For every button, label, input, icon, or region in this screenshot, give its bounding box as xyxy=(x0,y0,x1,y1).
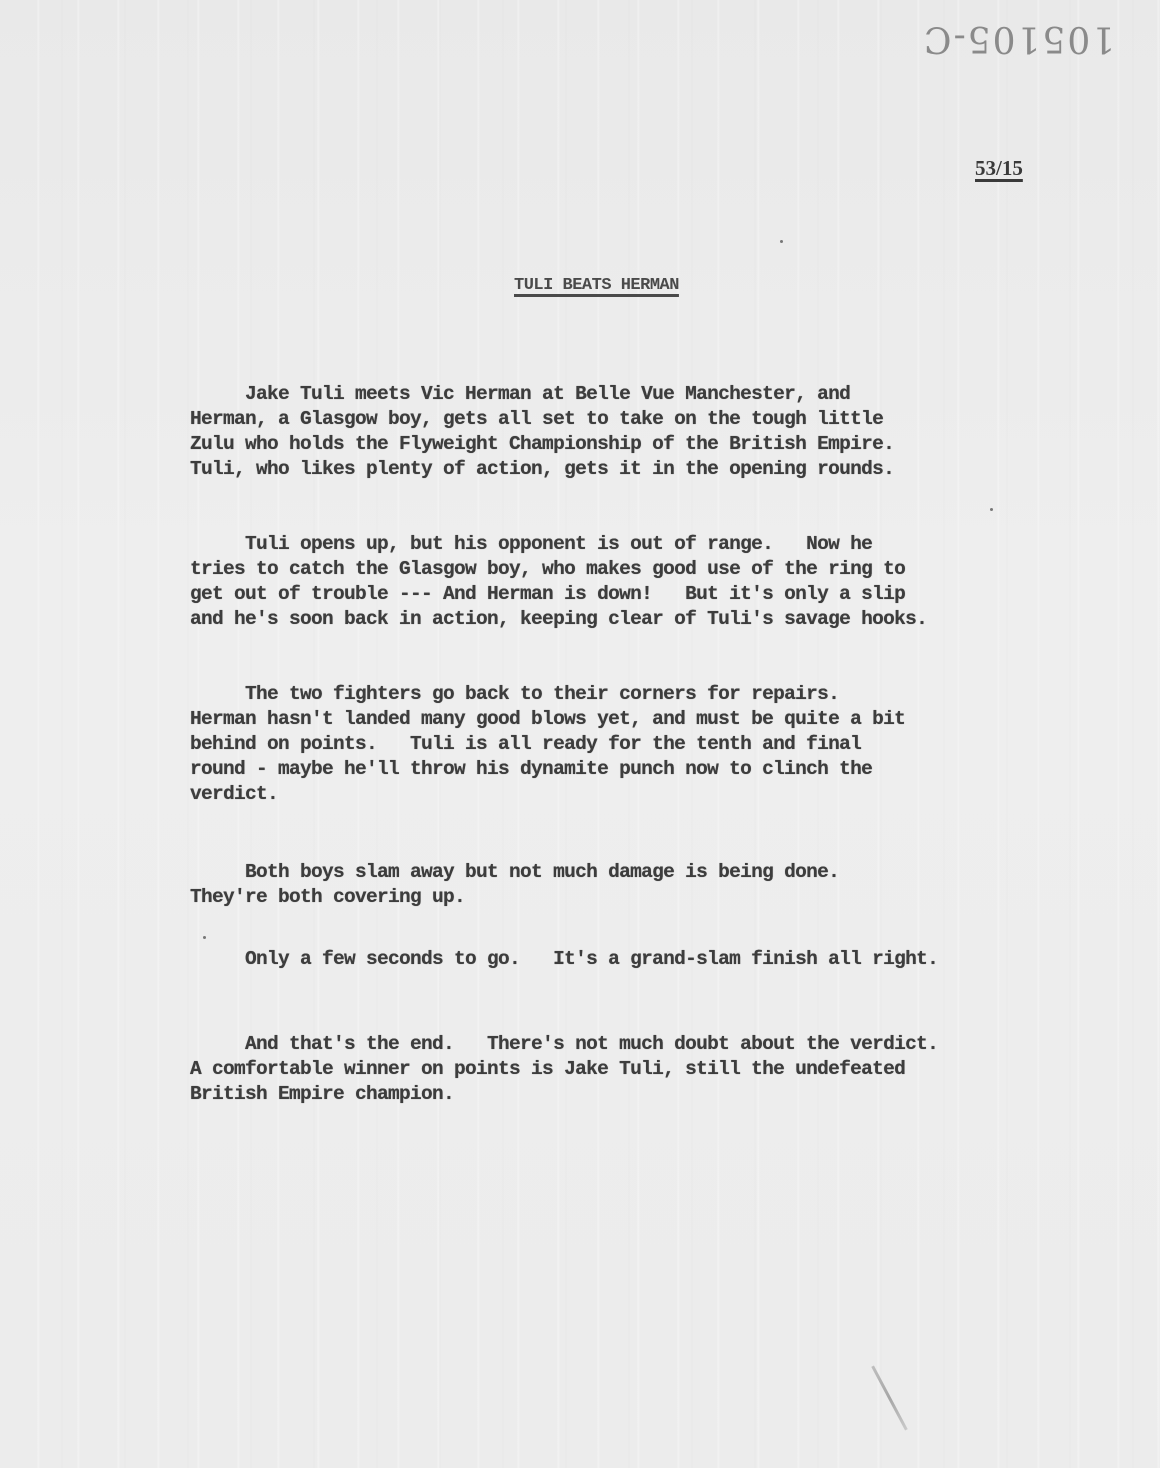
text-line: Zulu who holds the Flyweight Championshi… xyxy=(190,432,1050,457)
text-line: Only a few seconds to go. It's a grand-s… xyxy=(190,947,1050,972)
archive-id-handwritten: 105105-C xyxy=(922,18,1115,59)
text-line: and he's soon back in action, keeping cl… xyxy=(190,607,1050,632)
text-line: Both boys slam away but not much damage … xyxy=(190,860,1050,885)
speck xyxy=(203,936,206,939)
paragraph-4: Both boys slam away but not much damage … xyxy=(190,860,1050,910)
text-line: round - maybe he'll throw his dynamite p… xyxy=(190,757,1050,782)
text-line: The two fighters go back to their corner… xyxy=(190,682,1050,707)
text-line: Tuli opens up, but his opponent is out o… xyxy=(190,532,1050,557)
paragraph-5: Only a few seconds to go. It's a grand-s… xyxy=(190,947,1050,972)
text-line: Tuli, who likes plenty of action, gets i… xyxy=(190,457,1050,482)
text-line: And that's the end. There's not much dou… xyxy=(190,1032,1050,1057)
page-number: 53/15 xyxy=(975,156,1023,181)
text-line: British Empire champion. xyxy=(190,1082,1050,1107)
text-line: behind on points. Tuli is all ready for … xyxy=(190,732,1050,757)
text-line: get out of trouble --- And Herman is dow… xyxy=(190,582,1050,607)
document-title: TULI BEATS HERMAN xyxy=(514,276,679,295)
text-line: verdict. xyxy=(190,782,1050,807)
text-line: They're both covering up. xyxy=(190,885,1050,910)
text-line: Jake Tuli meets Vic Herman at Belle Vue … xyxy=(190,382,1050,407)
speck xyxy=(990,508,993,511)
text-line: tries to catch the Glasgow boy, who make… xyxy=(190,557,1050,582)
paragraph-6: And that's the end. There's not much dou… xyxy=(190,1032,1050,1107)
text-line: Herman hasn't landed many good blows yet… xyxy=(190,707,1050,732)
text-line: A comfortable winner on points is Jake T… xyxy=(190,1057,1050,1082)
text-line: Herman, a Glasgow boy, gets all set to t… xyxy=(190,407,1050,432)
paragraph-2: Tuli opens up, but his opponent is out o… xyxy=(190,532,1050,632)
paragraph-1: Jake Tuli meets Vic Herman at Belle Vue … xyxy=(190,382,1050,482)
paragraph-3: The two fighters go back to their corner… xyxy=(190,682,1050,807)
speck xyxy=(780,240,783,243)
